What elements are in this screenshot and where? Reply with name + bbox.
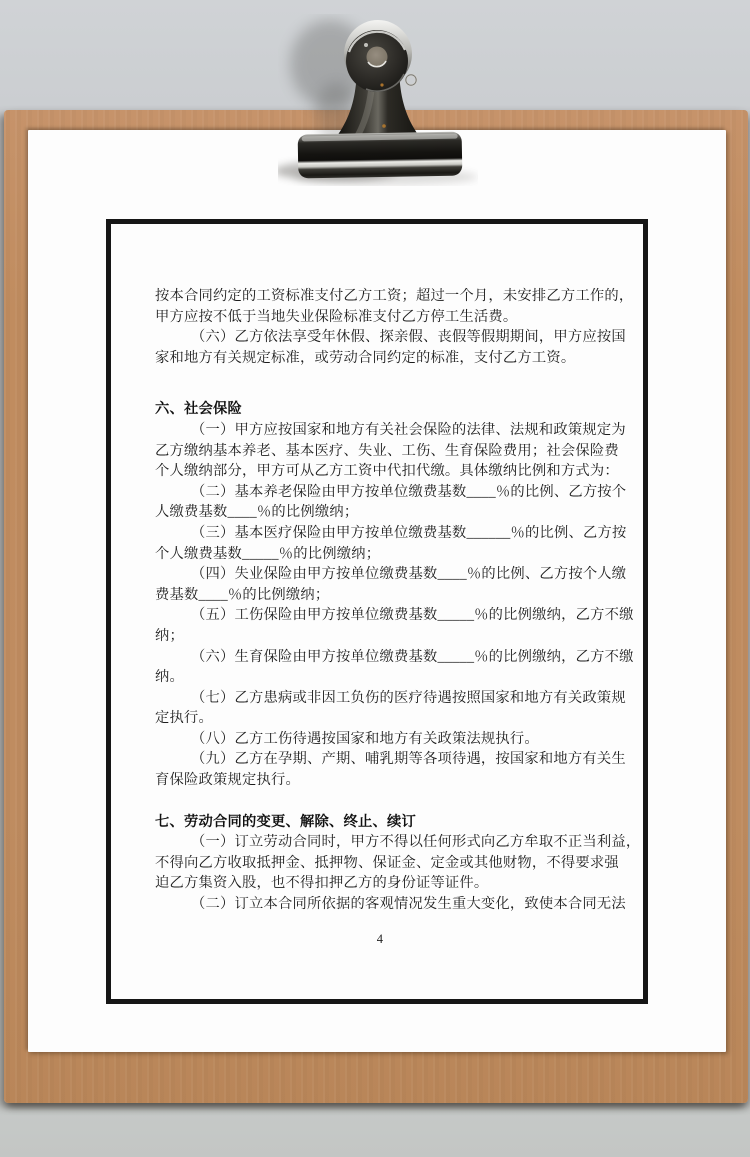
contract-line: （三）基本医疗保险由甲方按单位缴费基数______％的比例、乙方按 [155,523,605,544]
contract-line: 纳。 [155,667,605,688]
contract-line: （二）基本养老保险由甲方按单位缴费基数____％的比例、乙方按个 [155,482,605,503]
section-heading-contract-changes: 七、劳动合同的变更、解除、终止、续订 [155,812,605,833]
contract-line: （八）乙方工伤待遇按国家和地方有关政策法规执行。 [155,729,605,750]
contract-line: 迫乙方集资入股，也不得扣押乙方的身份证等证件。 [155,873,605,894]
contract-line: 人缴费基数____％的比例缴纳； [155,502,605,523]
contract-line: 育保险政策规定执行。 [155,770,605,791]
contract-line: （七）乙方患病或非因工负伤的医疗待遇按照国家和地方有关政策规 [155,688,605,709]
contract-line: （六）生育保险由甲方按单位缴费基数_____％的比例缴纳，乙方不缴 [155,647,605,668]
contract-line: 甲方应按不低于当地失业保险标准支付乙方停工生活费。 [155,307,605,328]
contract-line: 家和地方有关规定标准，或劳动合同约定的标准，支付乙方工资。 [155,348,605,369]
contract-text: 按本合同约定的工资标准支付乙方工资；超过一个月，未安排乙方工作的， 甲方应按不低… [111,224,643,947]
section-heading-social-insurance: 六、社会保险 [155,399,605,420]
contract-line: 个人缴纳部分，甲方可从乙方工资中代扣代缴。具体缴纳比例和方式为： [155,461,605,482]
contract-line: 费基数____％的比例缴纳； [155,585,605,606]
binder-clip-icon [278,14,478,186]
contract-line: 不得向乙方收取抵押金、抵押物、保证金、定金或其他财物，不得要求强 [155,853,605,874]
contract-line: 乙方缴纳基本养老、基本医疗、失业、工伤、生育保险费用；社会保险费 [155,441,605,462]
photo-background: 按本合同约定的工资标准支付乙方工资；超过一个月，未安排乙方工作的， 甲方应按不低… [0,0,750,1157]
contract-line: （九）乙方在孕期、产期、哺乳期等各项待遇，按国家和地方有关生 [155,749,605,770]
contract-line: （六）乙方依法享受年休假、探亲假、丧假等假期期间，甲方应按国 [155,327,605,348]
contract-line: （五）工伤保险由甲方按单位缴费基数_____％的比例缴纳，乙方不缴 [155,605,605,626]
contract-line: 定执行。 [155,708,605,729]
page-number: 4 [155,932,605,947]
contract-line: （二）订立本合同所依据的客观情况发生重大变化，致使本合同无法 [155,894,605,915]
contract-line: （一）甲方应按国家和地方有关社会保险的法律、法规和政策规定为 [155,420,605,441]
contract-line: 纳； [155,626,605,647]
page-border-frame: 按本合同约定的工资标准支付乙方工资；超过一个月，未安排乙方工作的， 甲方应按不低… [106,219,648,1004]
contract-line: 个人缴费基数_____％的比例缴纳； [155,544,605,565]
paper-sheet: 按本合同约定的工资标准支付乙方工资；超过一个月，未安排乙方工作的， 甲方应按不低… [28,130,726,1052]
contract-line: （四）失业保险由甲方按单位缴费基数____％的比例、乙方按个人缴 [155,564,605,585]
contract-line: 按本合同约定的工资标准支付乙方工资；超过一个月，未安排乙方工作的， [155,286,605,307]
contract-line: （一）订立劳动合同时，甲方不得以任何形式向乙方牟取不正当利益， [155,832,605,853]
